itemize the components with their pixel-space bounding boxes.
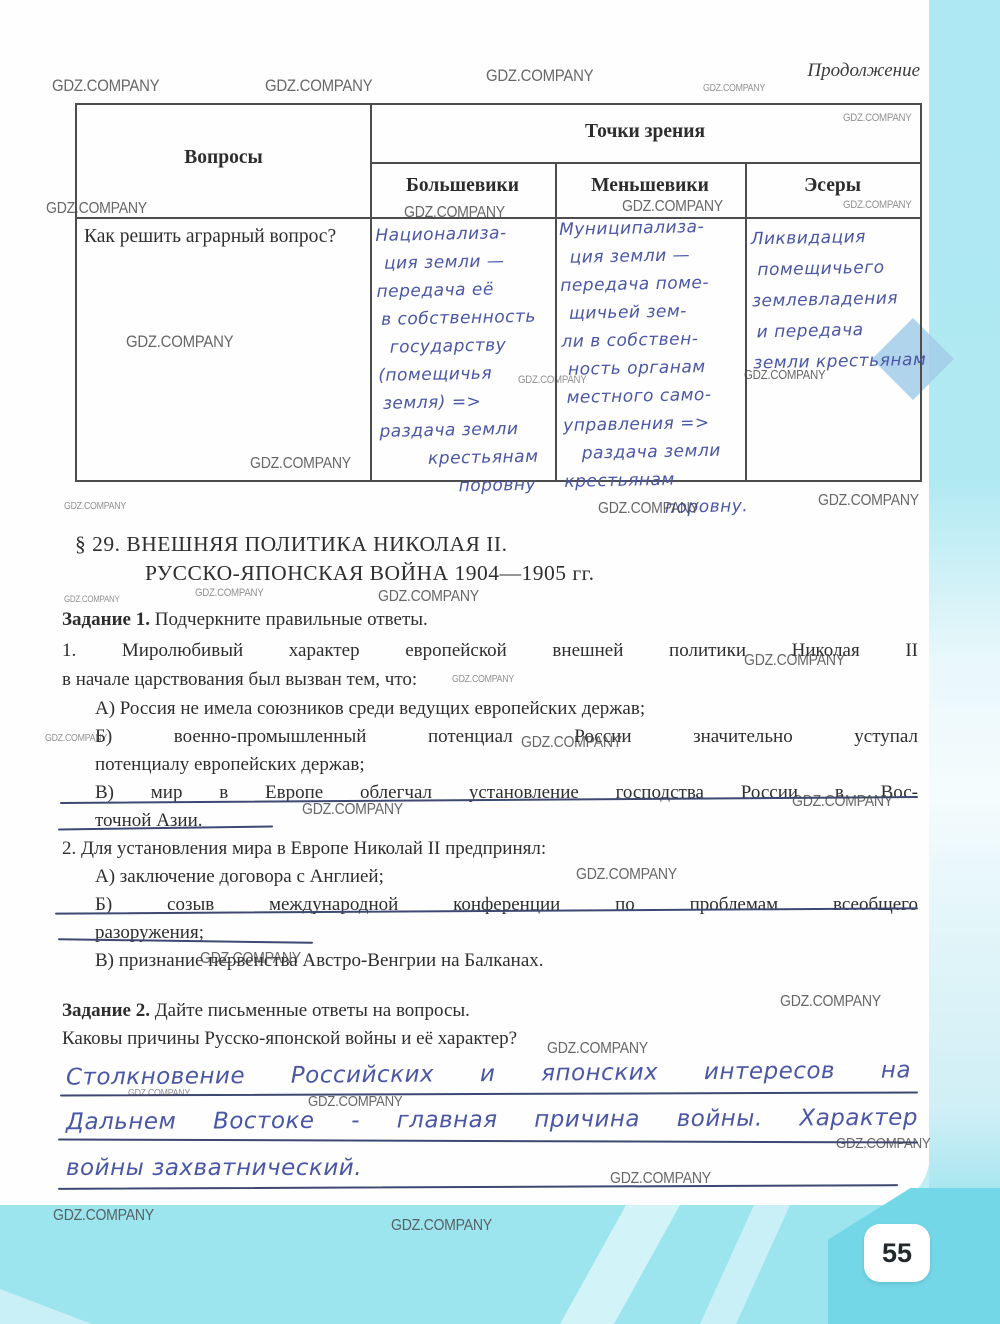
page-number: 55 — [882, 1238, 912, 1269]
table-header-mensheviks: Меньшевики — [555, 175, 745, 197]
handwritten-answer-line2: Дальнем Востоке - главная причина войны.… — [66, 1104, 918, 1136]
workbook-page: 55 Продолжение Вопросы Точки зрения Боль… — [0, 0, 1000, 1324]
band-streak — [560, 1205, 680, 1324]
q2-option-b-line1: Б) созыв международной конференции по пр… — [95, 890, 918, 919]
table-header-bolsheviks: Большевики — [370, 175, 555, 197]
task2-heading: Задание 2. Дайте письменные ответы на во… — [62, 996, 470, 1025]
table-header-esery: Эсеры — [745, 175, 920, 197]
task1-heading: Задание 1. Подчеркните правильные ответы… — [62, 605, 428, 634]
task2-question: Каковы причины Русско-японской войны и е… — [62, 1024, 517, 1053]
q2-option-c: В) признание первенства Австро-Венгрии н… — [95, 946, 544, 975]
q1-option-c-line2: точной Азии. — [95, 806, 203, 835]
q2-option-a: А) заключение договора с Англией; — [95, 862, 384, 891]
handwritten-answer-mensheviks: Муниципализа-ция земли —передача поме-щи… — [559, 212, 755, 524]
section-title-line1: § 29. ВНЕШНЯЯ ПОЛИТИКА НИКОЛАЯ II. — [75, 530, 507, 559]
q1-line2: в начале царствования был вызван тем, чт… — [62, 665, 417, 694]
handwritten-answer-esery: Ликвидацияпомещичьегоземлевладенияи пере… — [750, 220, 983, 380]
band-streak — [700, 1205, 790, 1324]
task2-text: Дайте письменные ответы на вопросы. — [155, 1000, 470, 1021]
table-hline — [370, 162, 920, 164]
q1-line1: 1. Миролюбивый характер европейской внеш… — [62, 636, 918, 665]
task1-text: Подчеркните правильные ответы. — [155, 609, 428, 630]
table-question-cell: Как решить аграрный вопрос? — [84, 222, 346, 252]
task2-label: Задание 2. — [62, 1000, 150, 1021]
band-corner-highlight — [0, 1289, 92, 1324]
q1-option-b-line1: Б) военно-промышленный потенциал России … — [95, 722, 918, 751]
handwritten-answer-line3: войны захватнический. — [66, 1154, 362, 1182]
right-edge-decoration — [929, 0, 1000, 1324]
continuation-label: Продолжение — [788, 60, 920, 82]
table-header-viewpoints: Точки зрения — [370, 121, 920, 143]
q2-option-b-line2: разоружения; — [95, 918, 204, 947]
section-title-line2: РУССКО-ЯПОНСКАЯ ВОЙНА 1904—1905 гг. — [145, 559, 594, 588]
table-header-questions: Вопросы — [77, 147, 370, 169]
q1-option-a: А) Россия не имела союзников среди ведущ… — [95, 694, 645, 723]
q1-option-b-line2: потенциалу европейских держав; — [95, 750, 365, 779]
q2-line1: 2. Для установления мира в Европе Никола… — [62, 834, 546, 863]
task1-label: Задание 1. — [62, 609, 150, 630]
page-number-badge: 55 — [864, 1224, 930, 1282]
handwritten-answer-bolsheviks: Национализа-ция земли —передача еёв собс… — [375, 218, 566, 502]
